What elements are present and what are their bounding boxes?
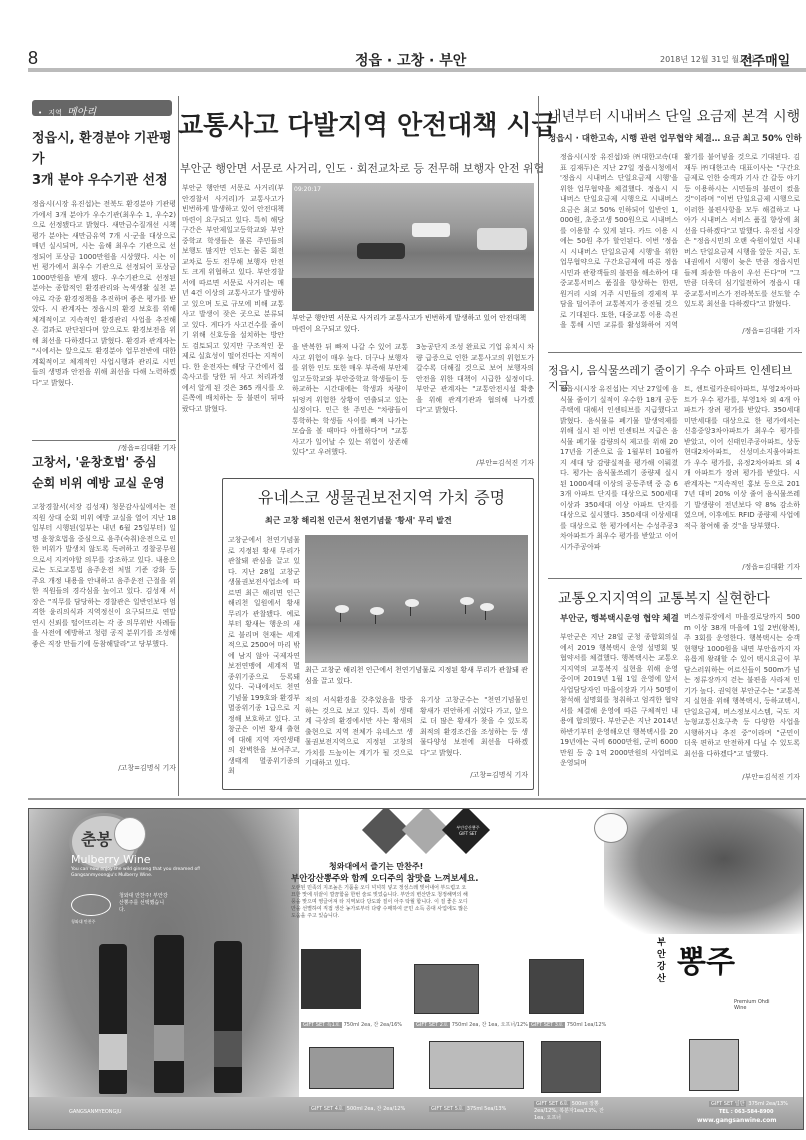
byline: /부안=김석진 기자 [416,458,534,468]
article-body: 고창경찰서(서장 김성재) 청문감사실에서는 전 직원 상대 순회 비위 예방 … [32,502,176,757]
tag-small: 지역 [48,109,62,117]
byline: /고창=김명식 기자 [32,763,176,773]
photo-caption: 부안군 행안면 서문로 사거리가 교통사고가 빈번하게 발생하고 있어 안전대책… [292,313,534,335]
divider [32,440,176,441]
car-shape [412,223,450,237]
welfare-subheadline: 부안군, 행복택시운영 협약 체결 [560,612,679,624]
ad-sub-en: You can now enjoy the wild ginseng that … [71,867,241,878]
article-body: 정읍시(시장 유진섭)는 전북도 환경분야 기관평가에서 3개 분야가 우수기관… [32,199,176,437]
gift-set-tag: GIFT SET 4호500ml 2ea, 잔 2ea/12% [309,1105,405,1112]
car-shape [477,228,527,250]
unesco-headline: 유네스코 생물권보전지역 가치 증명 [258,485,505,508]
brand-main-text: 뽕주 [677,937,735,981]
divider [548,578,802,579]
bullet-icon: • [38,109,42,117]
gift-set-tag: GIFT SET 6호500ml 장뽕2ea/12%, 복분자1ea/13%, … [534,1100,604,1121]
ad-mid-headline: 청와대에서 즐기는 만찬주! [329,861,423,872]
header-rule [28,68,806,72]
food-waste-col-1: 정읍시(시장 유진섭)는 지난 27일에 음식물 줄이기 실적이 우수한 18개… [560,384,678,570]
gift-badge-text: 부안강산뽕주 GIFT SET [453,825,483,836]
crane-shape [335,605,349,613]
article-gochang-police: 고창서, '윤창호법' 중심 순회 비위 예방 교실 운영 고창경찰서(서장 김… [32,452,176,773]
food-waste-col-2: 트, 센트럴카운티아파트, 부영2차아파트가 우수 평가를, 부영1차 외 4개… [684,384,800,560]
tag-main: 메아리 [67,107,96,118]
mascot-icon [594,813,628,843]
welfare-col-1: 부안군은 지난 28일 군청 종합회의실에서 2019 행복택시 운영 설명회 … [560,632,678,782]
ad-mid-headline-2: 부안강산뽕주와 함께 오디주의 참맛을 느껴보세요. [291,872,479,884]
unesco-col-2: 적의 서식환경을 갖추었음을 방증하는 것으로 보고 있다. 특히 생태계 극상… [305,695,413,780]
welfare-col-2: 버스정류장에서 마을경로당까지 500m 이상 38개 마을에 1일 2번(왕복… [684,612,800,770]
headline-line2: 순회 비위 예방 교실 운영 [32,473,176,494]
byline: /정읍=김대환 기자 [684,326,800,336]
unesco-photo-caption: 최근 고창군 해리천 인근에서 천연기념물로 지정된 황새 무리가 관찰돼 관심… [305,665,528,687]
gift-set-product [301,949,361,1009]
crane-photo [305,535,528,663]
welfare-headline: 교통오지지역의 교통복지 실현한다 [558,588,770,608]
gift-set-tag: GIFT SET 3호750ml 1ea/12% [529,1021,606,1028]
wine-bottle [214,941,242,1093]
column-rule [178,96,179,796]
byline: /정읍=김대환 기자 [684,562,800,572]
newspaper-name: 전주매일 [740,50,790,69]
ad-maker-logo: GANGSANMYEONGJU [69,1109,122,1115]
ad-website: www.gangsanwine.com [697,1117,776,1124]
gift-set-product [309,1047,394,1089]
bluehouse-text: 청와대 만찬주! 부안강산뽕주를 선택했습니다. [119,893,169,914]
road-shape [292,278,534,311]
ad-divider [28,798,806,800]
main-col-2: 을 반복한 뒤 빠져 나갈 수 있어 교통사고 위험이 매우 높다. 더구나 보… [292,342,408,472]
unesco-col-3: 유기상 고창군수는 "천연기념물인 황새가 편안하게 쉬었다 가고, 앞으로 더… [420,695,528,765]
brand-logo-text: 춘봉 [81,827,112,850]
gift-set-product [529,959,584,1014]
gift-set-product [689,1039,739,1091]
unesco-subheadline: 최근 고창 해리천 인근서 천연기념물 '황새' 무리 발견 [265,515,452,526]
crane-shape [480,603,494,611]
gift-set-tag: GIFT SET 특1호750ml 2ea, 잔 2ea/16% [301,1021,402,1028]
page-number: 8 [28,48,38,69]
brand-side-text: 부안강산 [657,937,669,985]
gift-set-tag: GIFT SET 일반375ml 2ea/13% [709,1100,788,1107]
gift-set-tag: GIFT SET 5호375ml 5ea/13% [429,1105,506,1112]
article-env-eval: 정읍시, 환경분야 기관평가 3개 분야 우수기관 선정 정읍시(시장 유진섭)… [32,128,176,453]
main-subheadline: 부안군 행안면 서문로 사거리, 인도 · 회전교차로 등 전무해 보행자 안전… [180,160,544,176]
byline: /부안=김석진 기자 [684,772,800,782]
gift-set-tag: GIFT SET 2호750ml 2ea, 잔 1ea, 오프너/12% [414,1021,528,1028]
wine-bottle [154,935,184,1093]
mulberry-photo [604,809,804,934]
crane-shape [405,599,419,607]
wine-bottle [99,944,127,1094]
column-tag: • 지역 메아리 [32,100,172,116]
bus-col-2: 활기를 불어넣을 것으로 기대된다. 김재두 ㈜대한고속 대표이사는 "구간요금… [684,152,800,320]
headline: 고창서, '윤창호법' 중심 [32,452,176,473]
crane-shape [370,607,384,615]
traffic-photo: 09:20:17 [292,183,534,311]
mascot-icon [114,817,146,851]
gift-set-product [414,964,479,1014]
ad-mid-body: 오랜된 민족의 지조높은 기품을 오디 넉넉히 넣고 정성스레 빚어내어 부드럽… [291,885,471,920]
gift-set-product [541,1041,601,1093]
ad-bottom-band [29,1097,804,1129]
bus-subheadline: 정읍시 · 대한고속, 시행 관련 업무협약 체결… 요금 최고 50% 인하 [548,132,802,144]
wine-advertisement: 춘봉 Mulberry Wine You can now enjoy the w… [28,808,804,1130]
blue-house-emblem-icon [71,894,111,916]
byline: /고창=김명식 기자 [420,770,528,780]
bluehouse-label: 청와대 만찬주 [71,919,95,925]
headline: 정읍시, 환경분야 기관평가 [32,128,176,170]
brand-english: Premium Ohdi Wine [734,999,774,1011]
crane-shape [460,597,474,605]
bus-headline: 내년부터 시내버스 단일 요금제 본격 시행 [548,106,800,126]
divider [548,352,802,353]
car-shape [357,243,405,259]
ad-phone: TEL : 063-584-8900 [719,1109,773,1115]
main-headline: 교통사고 다발지역 안전대책 시급 [178,105,557,142]
photo-timestamp: 09:20:17 [294,186,321,193]
ad-headline-en: Mulberry Wine [71,853,151,866]
headline-line2: 3개 분야 우수기관 선정 [32,170,176,191]
column-rule [538,96,539,796]
main-col-1: 부안군 행안면 서문로 사거리(부안경찰서 사거리)가 교통사고가 빈번하게 발… [182,183,284,473]
gift-set-product [429,1041,524,1089]
unesco-col-1: 고창군에서 천연기념물로 지정된 황새 무리가 관찰돼 관심을 끌고 있다. 지… [228,535,300,785]
main-col-3: 3농공단지 조성 완료로 기업 유치시 차량 급증으로 인한 교통사고의 위험도… [416,342,534,452]
section-title: 정읍 · 고창 · 부안 [355,50,466,70]
bus-col-1: 정읍시(시장 유진섭)와 ㈜대한고속(대표 김재두)은 지난 27일 정읍시청에… [560,152,678,330]
